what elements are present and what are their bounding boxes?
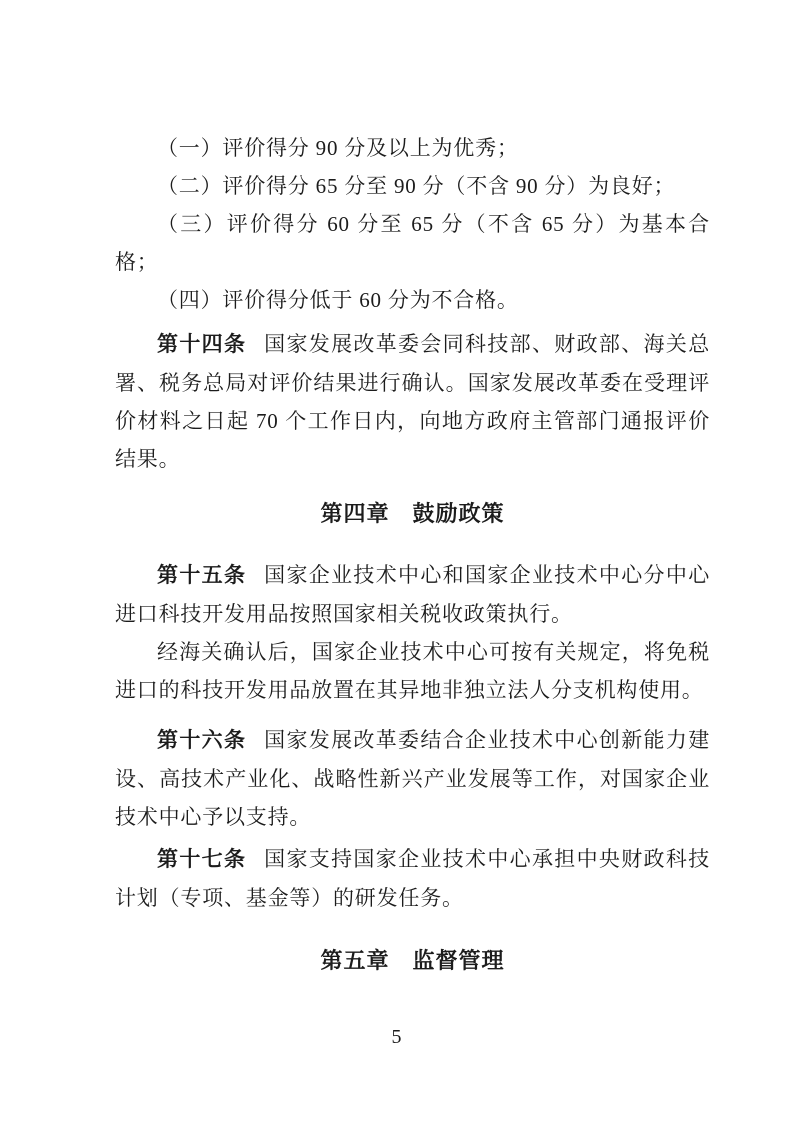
article-14-paragraph: 第十四条国家发展改革委会同科技部、财政部、海关总署、税务总局对评价结果进行确认。… [115,325,710,478]
article-15-number: 第十五条 [157,564,246,587]
page-footer: 5 [0,1026,793,1049]
article-14-number: 第十四条 [157,333,246,356]
article-15-paragraph-1: 第十五条国家企业技术中心和国家企业技术中心分中心进口科技开发用品按照国家相关税收… [115,556,710,633]
grade-list-item-4: （四）评价得分低于 60 分为不合格。 [115,281,710,319]
chapter-4-heading: 第四章 鼓励政策 [115,494,710,534]
chapter-5-heading: 第五章 监督管理 [115,941,710,981]
article-16-paragraph: 第十六条国家发展改革委结合企业技术中心创新能力建设、高技术产业化、战略性新兴产业… [115,721,710,836]
grade-list-item-2: （二）评价得分 65 分至 90 分（不含 90 分）为良好； [115,167,710,205]
article-15-paragraph-2: 经海关确认后，国家企业技术中心可按有关规定，将免税进口的科技开发用品放置在其异地… [115,633,710,709]
page-number: 5 [392,1026,402,1048]
grade-list-item-1: （一）评价得分 90 分及以上为优秀； [115,129,710,167]
article-17-number: 第十七条 [157,848,246,871]
document-page: （一）评价得分 90 分及以上为优秀； （二）评价得分 65 分至 90 分（不… [0,0,793,1122]
article-17-paragraph: 第十七条国家支持国家企业技术中心承担中央财政科技计划（专项、基金等）的研发任务。 [115,840,710,917]
grade-list-item-3: （三）评价得分 60 分至 65 分（不含 65 分）为基本合格； [115,205,710,281]
article-16-number: 第十六条 [157,729,246,752]
document-body: （一）评价得分 90 分及以上为优秀； （二）评价得分 65 分至 90 分（不… [0,0,793,981]
